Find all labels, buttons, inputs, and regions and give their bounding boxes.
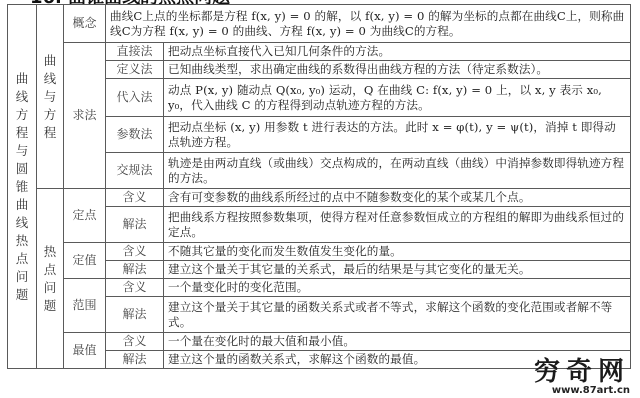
row-type: 解法 — [106, 261, 164, 279]
group-label: 定值 — [64, 243, 106, 279]
row-type: 解法 — [106, 207, 164, 243]
row-type: 含义 — [106, 279, 164, 297]
watermark-logo: 穷奇网 — [534, 359, 630, 385]
method-text: 轨迹是由两动直线（或曲线）交点构成的，在两动直线（曲线）中消掉参数即得轨迹方程的… — [164, 153, 631, 189]
section-curve-equation-cell: 曲线与方程 — [37, 5, 64, 189]
group-label: 范围 — [64, 279, 106, 333]
row-text: 一个量在变化时的最大值和最小值。 — [164, 333, 631, 351]
methods-label: 求法 — [64, 43, 106, 189]
table-row: 曲线方程与圆锥曲线热点问题 曲线与方程 概念 曲线C上点的坐标都是方程 f(x,… — [8, 5, 631, 43]
table-row: 求法 直接法 把动点坐标直接代入已知几何条件的方法。 — [8, 43, 631, 61]
section-hot-topics-cell: 热点问题 — [37, 189, 64, 369]
outer-category-cell: 曲线方程与圆锥曲线热点问题 — [8, 5, 37, 369]
method-name: 代入法 — [106, 79, 164, 117]
row-text: 含有可变参数的曲线系所经过的点中不随参数变化的某个或某几个点。 — [164, 189, 631, 207]
row-type: 解法 — [106, 351, 164, 369]
row-text: 建立这个量关于其它量的函数关系式或者不等式，求解这个函数的变化范围或者解不等式。 — [164, 297, 631, 333]
method-name: 交规法 — [106, 153, 164, 189]
row-text: 建立这个量关于其它量的关系式，最后的结果是与其它变化的量无关。 — [164, 261, 631, 279]
watermark: 穷奇网 www.87art.cn — [534, 359, 630, 396]
table-row: 最值 含义 一个量在变化时的最大值和最小值。 — [8, 333, 631, 351]
row-type: 含义 — [106, 189, 164, 207]
table-row: 范围 含义 一个量变化时的变化范围。 — [8, 279, 631, 297]
concept-label: 概念 — [64, 5, 106, 43]
table-row: 定值 含义 不随其它量的变化而发生数值发生变化的量。 — [8, 243, 631, 261]
method-text: 把动点坐标直接代入已知几何条件的方法。 — [164, 43, 631, 61]
group-label: 最值 — [64, 333, 106, 369]
table-row: 热点问题 定点 含义 含有可变参数的曲线系所经过的点中不随参数变化的某个或某几个… — [8, 189, 631, 207]
method-name: 参数法 — [106, 117, 164, 153]
row-text: 一个量变化时的变化范围。 — [164, 279, 631, 297]
method-text: 动点 P(x, y) 随动点 Q(x₀, y₀) 运动，Q 在曲线 C: f(x… — [164, 79, 631, 117]
curve-equation-table: 曲线方程与圆锥曲线热点问题 曲线与方程 概念 曲线C上点的坐标都是方程 f(x,… — [7, 4, 631, 369]
concept-text: 曲线C上点的坐标都是方程 f(x, y) = 0 的解，以 f(x, y) = … — [106, 5, 631, 43]
method-text: 把动点坐标 (x, y) 用参数 t 进行表达的方法。此时 x = φ(t), … — [164, 117, 631, 153]
method-text: 已知曲线类型，求出确定曲线的系数得出曲线方程的方法（待定系数法）。 — [164, 61, 631, 79]
row-type: 解法 — [106, 297, 164, 333]
row-type: 含义 — [106, 333, 164, 351]
row-type: 含义 — [106, 243, 164, 261]
method-name: 直接法 — [106, 43, 164, 61]
method-name: 定义法 — [106, 61, 164, 79]
row-text: 把曲线系方程按照参数集项，使得方程对任意参数恒成立的方程组的解即为曲线系恒过的定… — [164, 207, 631, 243]
group-label: 定点 — [64, 189, 106, 243]
row-text: 不随其它量的变化而发生数值发生变化的量。 — [164, 243, 631, 261]
